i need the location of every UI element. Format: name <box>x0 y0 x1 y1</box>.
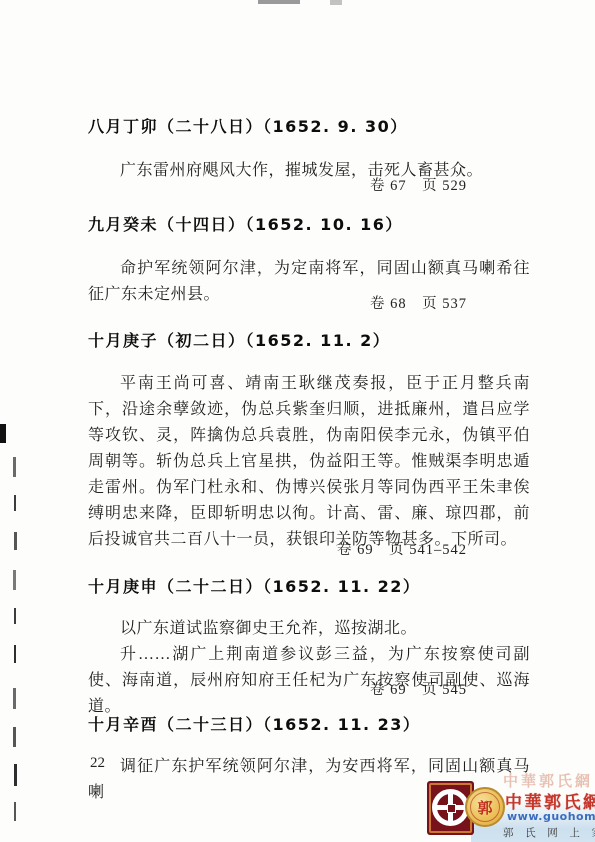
binding-mark <box>14 495 16 511</box>
volume-page-ref-2: 卷 68 页 537 <box>370 292 467 313</box>
binding-mark <box>13 570 16 590</box>
coin-seal-character: 郭 <box>477 797 492 818</box>
volume-page-ref-3: 卷 69 页 541–542 <box>337 538 467 559</box>
page-number: 22 <box>90 755 105 772</box>
entry-heading-5: 十月辛酉（二十三日）（1652. 11. 23） <box>88 712 420 735</box>
binding-mark <box>14 608 16 624</box>
scan-artifact-top <box>258 0 300 4</box>
watermark-tagline: 郭 氏 网 上 家 园 <box>503 825 595 840</box>
scanned-book-page: 八月丁卯（二十八日）（1652. 9. 30） 广东雷州府飓风大作，摧城发屋，击… <box>0 0 595 842</box>
binding-mark <box>14 802 16 821</box>
entry-heading-3: 十月庚子（初二日）（1652. 11. 2） <box>88 328 390 351</box>
volume-page-ref-1: 卷 67 页 529 <box>370 174 467 195</box>
entry-heading-2: 九月癸未（十四日）（1652. 10. 16） <box>88 212 403 235</box>
entry-heading-4: 十月庚申（二十二日）（1652. 11. 22） <box>88 574 420 597</box>
gold-coin-icon: 郭 <box>465 787 505 827</box>
binding-mark <box>0 424 6 443</box>
entry-heading-1: 八月丁卯（二十八日）（1652. 9. 30） <box>88 114 408 137</box>
watermark-url: www.guohome.org <box>507 810 595 823</box>
binding-mark <box>13 688 16 709</box>
entry-body-4a: 以广东道试监察御史王允祚，巡按湖北。 <box>88 616 530 642</box>
scan-artifact-top-small <box>330 0 342 5</box>
binding-mark <box>13 727 16 747</box>
volume-page-ref-4: 卷 69 页 545 <box>370 678 467 699</box>
binding-mark <box>14 645 16 663</box>
binding-mark <box>13 457 16 477</box>
binding-mark <box>14 532 17 550</box>
binding-mark <box>14 764 17 786</box>
entry-body-3: 平南王尚可喜、靖南王耿继茂奏报，臣于正月整兵南下，沿途余孽敛迹，伪总兵紫奎归顺，… <box>88 371 530 553</box>
watermark-logo: 郭 中華郭氏網 中華郭氏網 www.guohome.org 郭 氏 网 上 家 … <box>423 773 595 842</box>
